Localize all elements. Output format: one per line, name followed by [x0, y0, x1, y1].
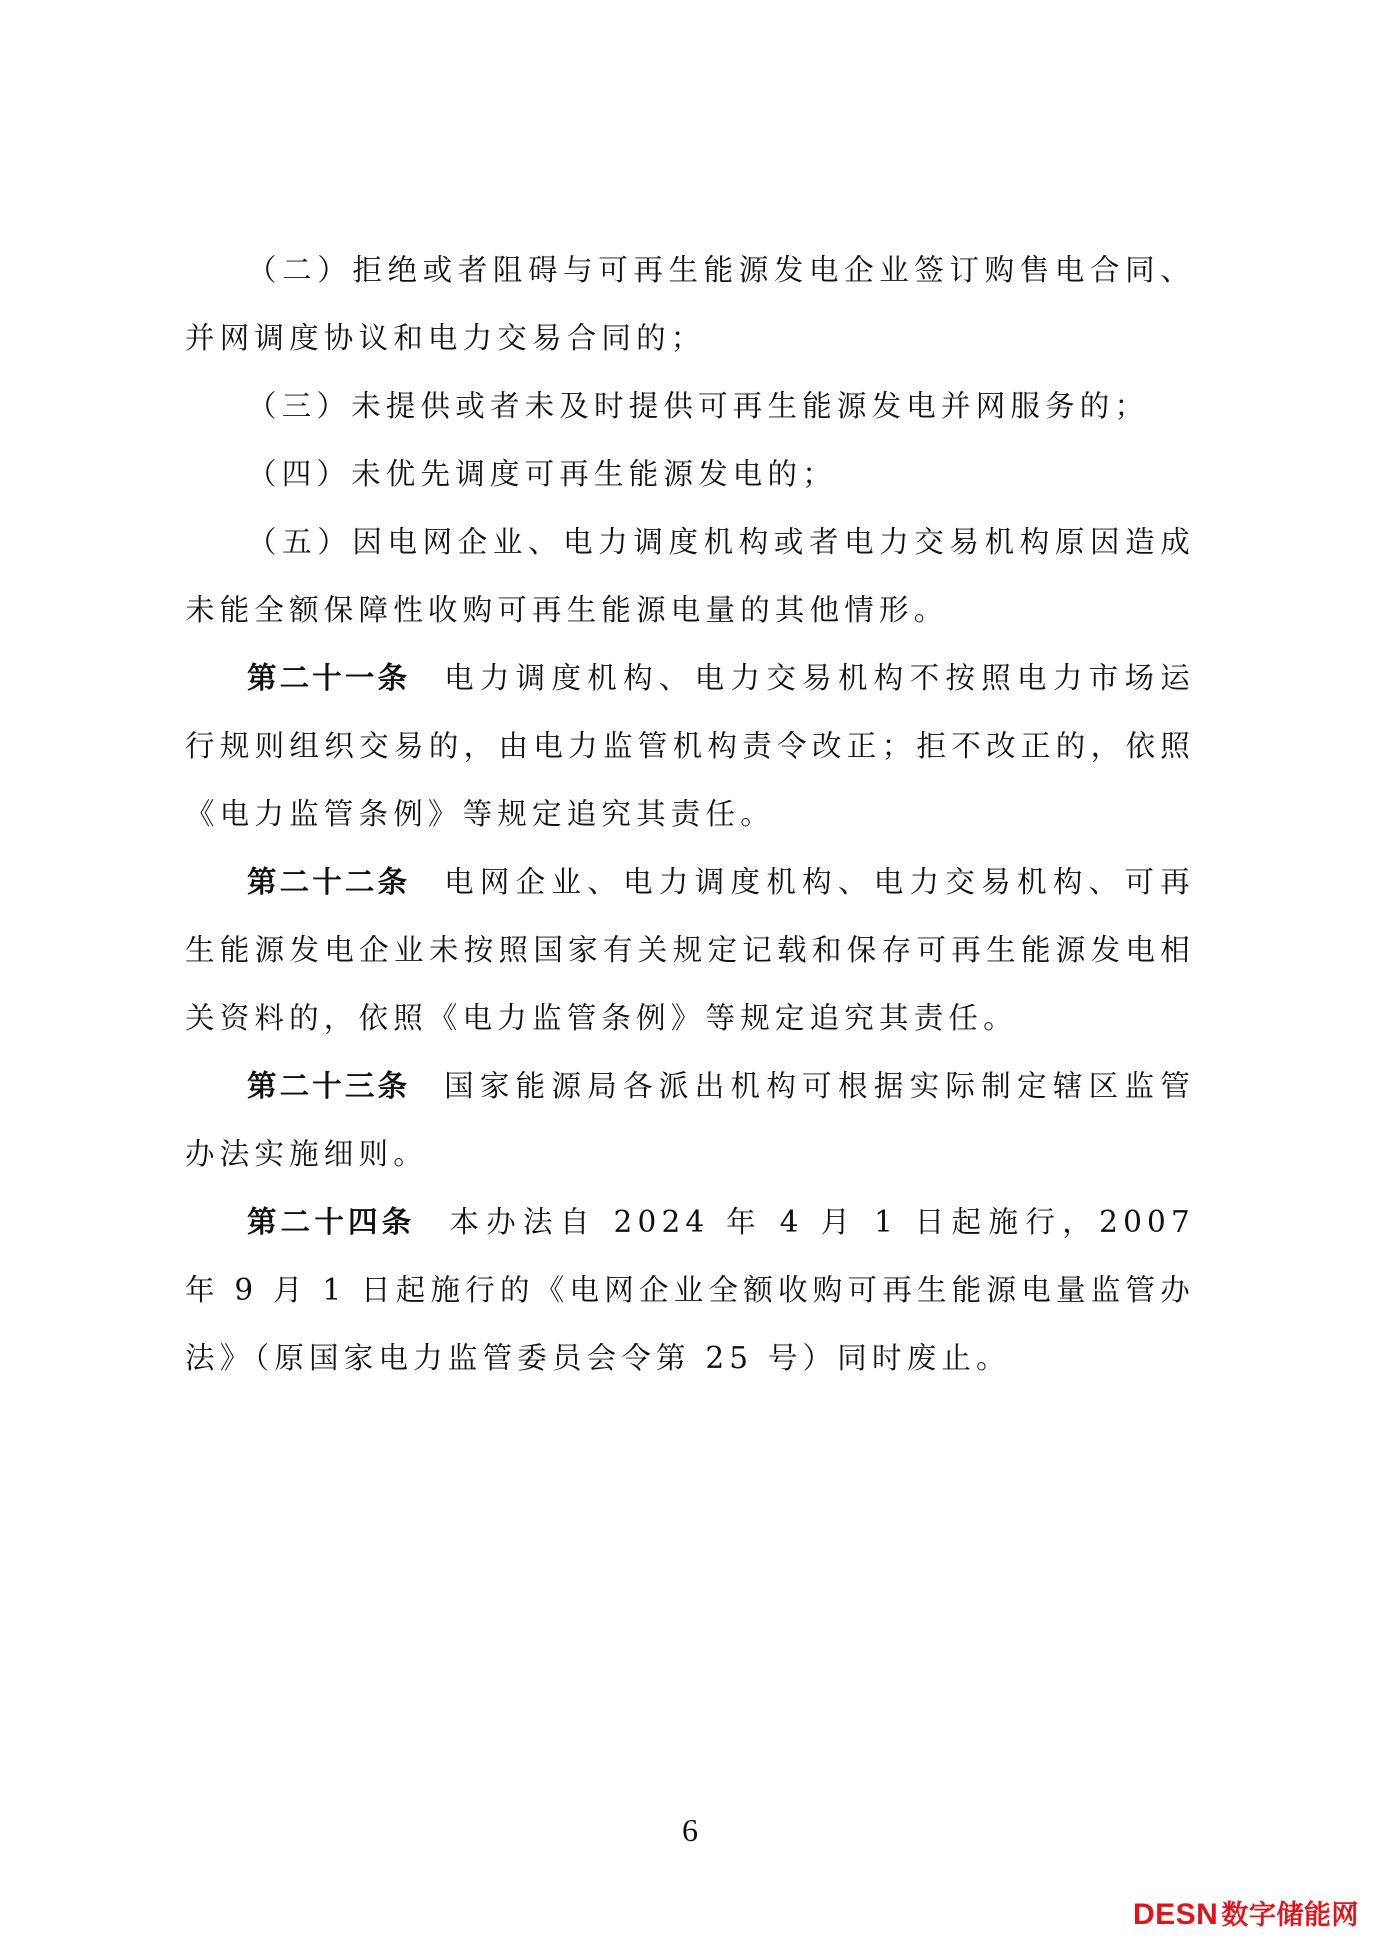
article-23: 第二十三条国家能源局各派出机构可根据实际制定辖区监管办法实施细则。 [185, 1052, 1195, 1188]
list-item-2: （二）拒绝或者阻碍与可再生能源发电企业签订购售电合同、并网调度协议和电力交易合同… [185, 236, 1195, 372]
watermark-latin: DESN [1133, 1898, 1218, 1931]
article-21: 第二十一条电力调度机构、电力交易机构不按照电力市场运行规则组织交易的，由电力监管… [185, 644, 1195, 848]
list-item-4: （四）未优先调度可再生能源发电的； [185, 440, 1195, 508]
article-number: 第二十二条 [247, 865, 410, 899]
article-number: 第二十三条 [247, 1069, 410, 1103]
watermark-chinese: 数字储能网 [1221, 1900, 1359, 1931]
document-body: （二）拒绝或者阻碍与可再生能源发电企业签订购售电合同、并网调度协议和电力交易合同… [185, 236, 1195, 1392]
page-number: 6 [0, 1812, 1380, 1849]
article-24: 第二十四条本办法自 2024 年 4 月 1 日起施行，2007 年 9 月 1… [185, 1188, 1195, 1392]
list-item-3: （三）未提供或者未及时提供可再生能源发电并网服务的； [185, 372, 1195, 440]
watermark-logo: DESN数字储能网 [1133, 1893, 1359, 1932]
article-22: 第二十二条电网企业、电力调度机构、电力交易机构、可再生能源发电企业未按照国家有关… [185, 848, 1195, 1052]
article-number: 第二十一条 [247, 661, 410, 695]
article-number: 第二十四条 [247, 1205, 415, 1239]
list-item-5: （五）因电网企业、电力调度机构或者电力交易机构原因造成未能全额保障性收购可再生能… [185, 508, 1195, 644]
